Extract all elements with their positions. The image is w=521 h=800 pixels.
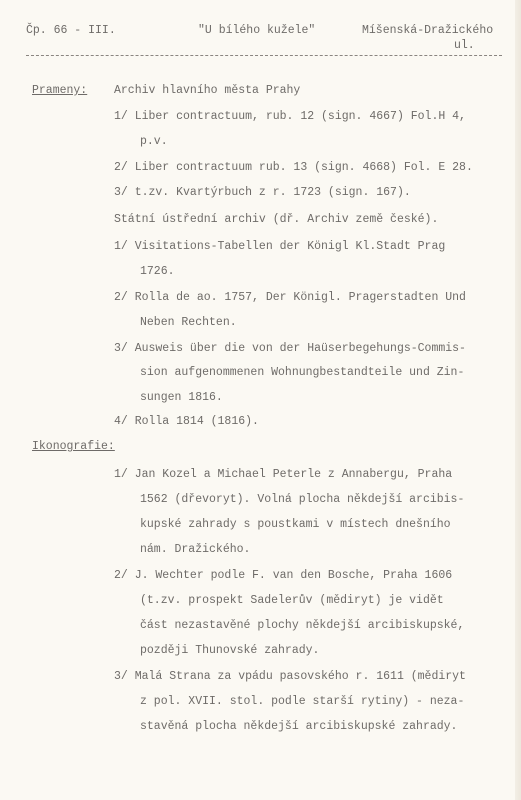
header-rule xyxy=(26,55,502,56)
header-house-number: Čp. 66 - III. xyxy=(26,24,116,37)
header-street-suffix: ul. xyxy=(454,39,475,52)
iconography-line: 2/ J. Wechter podle F. van den Bosche, P… xyxy=(114,569,452,582)
iconography-line: nám. Dražického. xyxy=(140,543,250,556)
source-line: sungen 1816. xyxy=(140,391,223,404)
source-line: 3/ Ausweis über die von der Haüserbegehu… xyxy=(114,342,466,355)
iconography-line: kupské zahrady s poustkami v místech dne… xyxy=(140,518,451,531)
page-edge-shadow xyxy=(515,0,521,800)
source-line: 1726. xyxy=(140,265,175,278)
source-line: 1/ Liber contractuum, rub. 12 (sign. 466… xyxy=(114,110,466,123)
header-street: Míšenská-Dražického xyxy=(362,24,493,37)
iconography-line: 1/ Jan Kozel a Michael Peterle z Annaber… xyxy=(114,468,452,481)
iconography-line: 1562 (dřevoryt). Volná plocha někdejší a… xyxy=(140,493,464,506)
iconography-line: část nezastavěné plochy někdejší arcibis… xyxy=(140,619,464,632)
source-line: sion aufgenommenen Wohnungbestandteile u… xyxy=(140,366,464,379)
source-line: 3/ t.zv. Kvartýrbuch z r. 1723 (sign. 16… xyxy=(114,186,411,199)
section-label-sources: Prameny: xyxy=(32,84,87,97)
iconography-line: 3/ Malá Strana za vpádu pasovského r. 16… xyxy=(114,670,466,683)
iconography-line: z pol. XVII. stol. podle starší rytiny) … xyxy=(140,695,464,708)
header-house-name: "U bílého kužele" xyxy=(198,24,315,37)
source-line: 2/ Liber contractuum rub. 13 (sign. 4668… xyxy=(114,161,473,174)
source-line: 1/ Visitations-Tabellen der Königl Kl.St… xyxy=(114,240,445,253)
iconography-line: později Thunovské zahrady. xyxy=(140,644,319,657)
source-line: 2/ Rolla de ao. 1757, Der Königl. Prager… xyxy=(114,291,466,304)
source-line: 4/ Rolla 1814 (1816). xyxy=(114,415,259,428)
iconography-line: stavěná plocha někdejší arcibiskupské za… xyxy=(140,720,457,733)
document-page: Čp. 66 - III. "U bílého kužele" Míšenská… xyxy=(0,0,521,800)
archive-title: Státní ústřední archiv (dř. Archiv země … xyxy=(114,213,438,226)
source-line: Neben Rechten. xyxy=(140,316,237,329)
section-label-iconography: Ikonografie: xyxy=(32,440,115,453)
archive-title: Archiv hlavního města Prahy xyxy=(114,84,300,97)
source-line: p.v. xyxy=(140,135,168,148)
iconography-line: (t.zv. prospekt Sadelerův (mědiryt) je v… xyxy=(140,594,444,607)
